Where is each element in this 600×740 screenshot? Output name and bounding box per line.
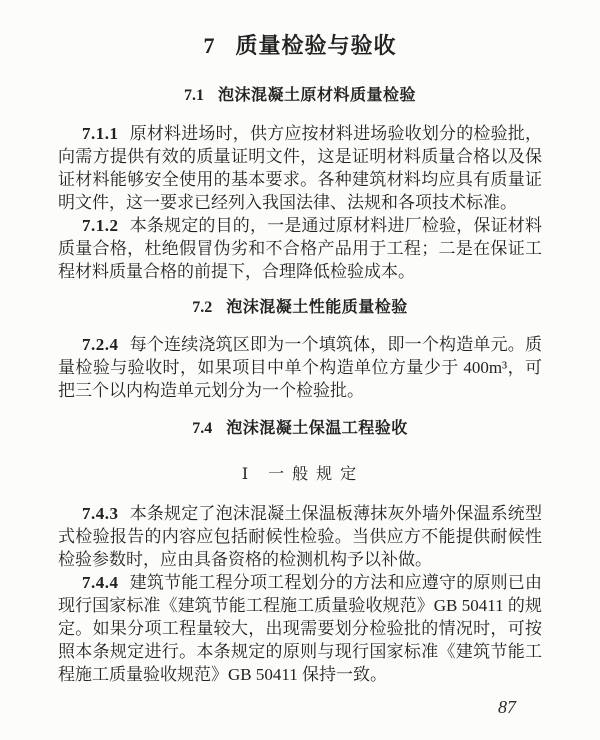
section-heading-7-2: 7.2泡沫混凝土性能质量检验: [58, 298, 542, 318]
clause-7-2-4: 7.2.4每个连续浇筑区即为一个填筑体，即一个构造单元。质量检验与验收时，如果项…: [58, 333, 542, 402]
chapter-title-text: 质量检验与验收: [235, 33, 396, 58]
chapter-title: 7质量检验与验收: [58, 32, 542, 60]
clause-text: 建筑节能工程分项工程划分的方法和应遵守的原则已由现行国家标准《建筑节能工程施工质…: [58, 573, 542, 684]
page-number: 87: [498, 697, 516, 717]
clause-text: 原材料进场时，供方应按材料进场验收划分的检验批，向需方提供有效的质量证明文件，这…: [58, 124, 542, 212]
chapter-number: 7: [203, 33, 215, 58]
clause-number: 7.4.4: [82, 573, 119, 592]
section-title-text: 泡沫混凝土性能质量检验: [226, 299, 408, 316]
subheading-general-provisions: Ⅰ 一 般 规 定: [58, 465, 542, 485]
clause-7-1-2: 7.1.2本条规定的目的，一是通过原材料进厂检验，保证材料质量合格，杜绝假冒伪劣…: [58, 214, 542, 283]
clause-7-4-4: 7.4.4建筑节能工程分项工程划分的方法和应遵守的原则已由现行国家标准《建筑节能…: [58, 571, 542, 686]
clause-number: 7.4.3: [82, 504, 119, 523]
section-title-text: 泡沫混凝土保温工程验收: [226, 420, 408, 437]
clause-text: 本条规定的目的，一是通过原材料进厂检验，保证材料质量合格，杜绝假冒伪劣和不合格产…: [58, 216, 542, 281]
document-page: 7质量检验与验收 7.1泡沫混凝土原材料质量检验 7.1.1原材料进场时，供方应…: [0, 0, 600, 740]
clause-text: 每个连续浇筑区即为一个填筑体，即一个构造单元。质量检验与验收时，如果项目中单个构…: [58, 335, 542, 400]
clause-7-4-3: 7.4.3本条规定了泡沫混凝土保温板薄抹灰外墙外保温系统型式检验报告的内容应包括…: [58, 502, 542, 571]
section-title-text: 泡沫混凝土原材料质量检验: [218, 87, 416, 104]
section-number: 7.2: [192, 299, 212, 316]
clause-number: 7.2.4: [82, 335, 119, 354]
clause-number: 7.1.1: [82, 124, 119, 143]
clause-number: 7.1.2: [82, 216, 119, 235]
clause-7-1-1: 7.1.1原材料进场时，供方应按材料进场验收划分的检验批，向需方提供有效的质量证…: [58, 122, 542, 214]
section-heading-7-4: 7.4泡沫混凝土保温工程验收: [58, 419, 542, 439]
clause-text: 本条规定了泡沫混凝土保温板薄抹灰外墙外保温系统型式检验报告的内容应包括耐候性检验…: [58, 504, 542, 569]
section-heading-7-1: 7.1泡沫混凝土原材料质量检验: [58, 86, 542, 106]
section-number: 7.1: [184, 87, 204, 104]
section-number: 7.4: [192, 420, 212, 437]
